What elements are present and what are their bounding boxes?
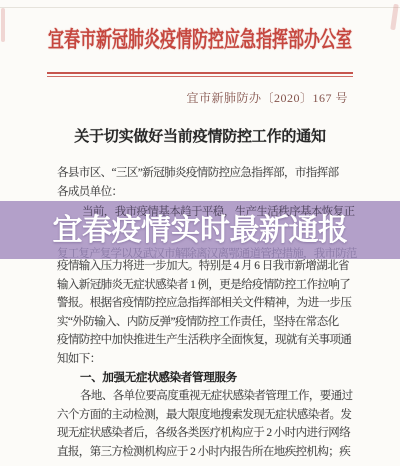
body-line: 知如下： [57,350,353,369]
section-heading: 一、加强无症状感染者管理服务 [57,369,353,388]
banner-headline: 宜春疫情实时最新通报 [0,215,400,247]
body-line: 实“外防输入、内防反弹”疫情防控工作责任，坚持在常态化 [57,313,353,332]
document-page: 宜春市新冠肺炎疫情防控应急指挥部办公室 宜市新肺防办〔2020〕167 号 关于… [0,0,400,466]
body-line: 各地、各单位要高度重视无症状感染者管理工作，要通过 [57,387,353,406]
body-line: 现无症状感染者后，各级各类医疗机构应于 2 小时内进行网络 [57,424,353,443]
news-overlay-banner: 当前，我市疫情基本趋于平稳，生产生活秩序基本恢复正 复工复产复学以及武汉市解除离… [0,201,400,259]
body-line: 直报，第三方检测机构应于 2 小时内报告所在地疾控机构；疾 [57,443,353,462]
notice-title: 关于切实做好当前疫情防控工作的通知 [0,125,400,146]
letterhead-org-name: 宜春市新冠肺炎疫情防控应急指挥部办公室 [0,22,400,45]
rule-thick [47,72,353,74]
document-number: 宜市新肺防办〔2020〕167 号 [0,89,348,106]
body-line: 各县市区、“三区”新冠肺炎疫情防控应急指挥部，市指挥部 [57,164,353,183]
letterhead-org-name-text: 宜春市新冠肺炎疫情防控应急指挥部办公室 [48,22,352,54]
body-line: 疫情防控中加快推进生产生活秩序全面恢复，现就有关事项通 [57,331,353,350]
letterhead-double-rule [47,72,353,77]
rule-thin [47,76,353,77]
scan-edge-line [0,7,400,8]
body-line: 输入新冠肺炎无症状感染者 1 例，更是给疫情防控工作拉响了 [57,276,353,295]
body-line: 各成员单位： [57,183,353,202]
body-line: 六个方面的主动检测，最大限度地搜索发现无症状感染者。发 [57,406,353,425]
underlying-text-bottom: 复工复产复学以及武汉市解除离汉离鄂通道管控措施，我市防范 [57,245,357,261]
body-line: 警报。根据省疫情防控应急指挥部相关文件精神，为进一步压 [57,294,353,313]
